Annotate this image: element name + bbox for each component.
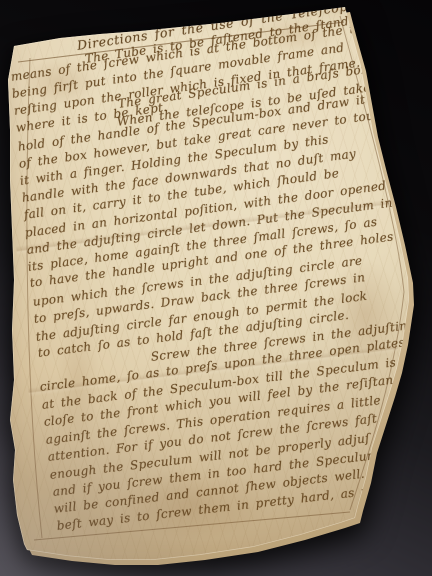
title-flourish: ~~~~: [362, 0, 398, 11]
photo-background: Directions for the use of the Teleſcope~…: [0, 0, 432, 576]
manuscript-page: Directions for the use of the Teleſcope~…: [0, 0, 432, 576]
